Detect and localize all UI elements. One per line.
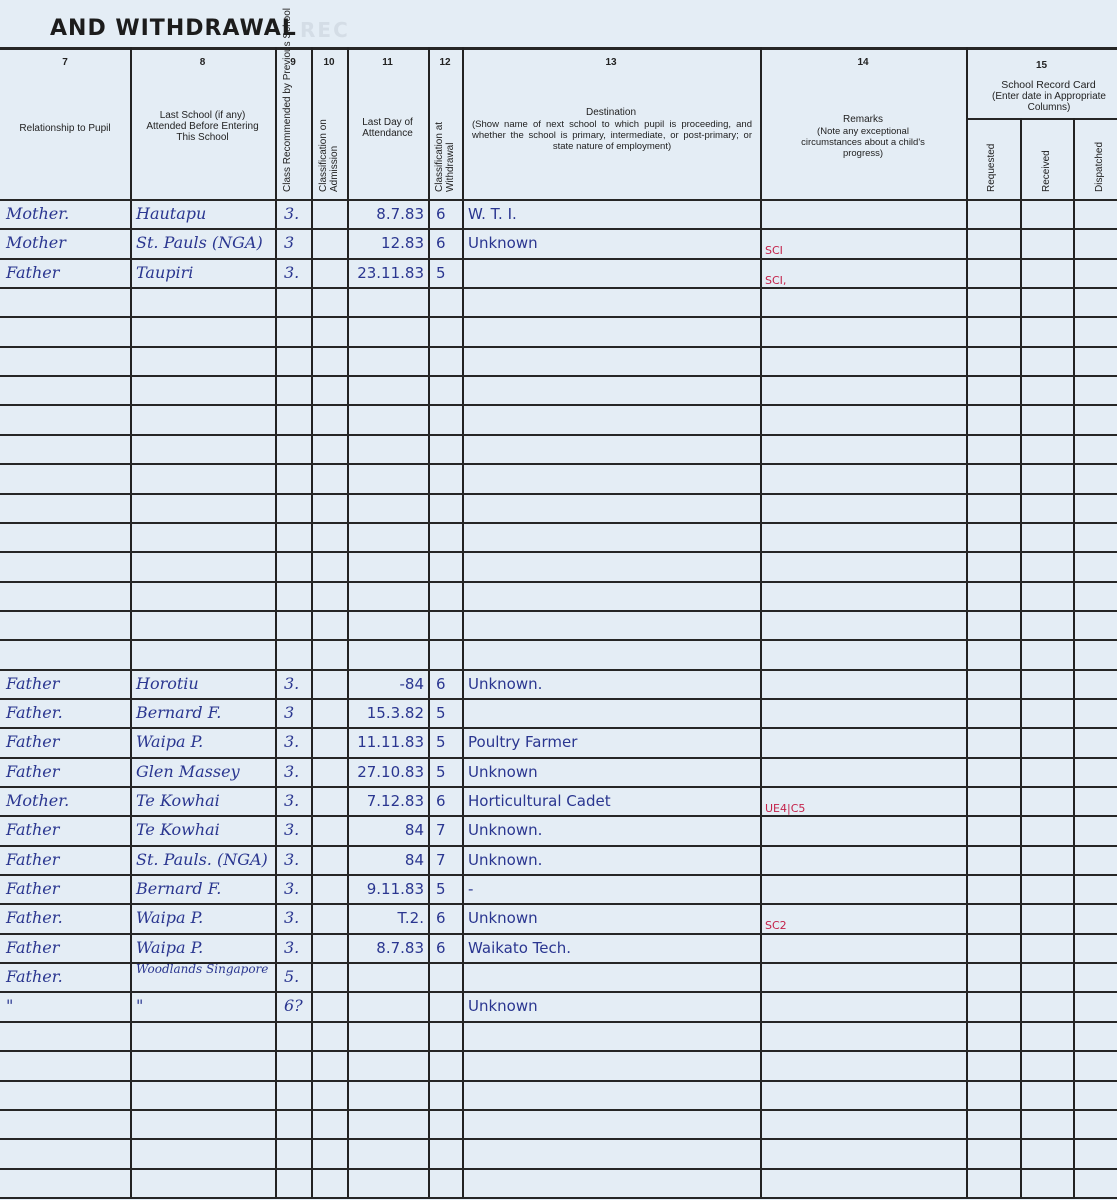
top-rule (0, 47, 1117, 50)
column-divider (1020, 118, 1022, 1198)
cell-class-recommended: 3. (284, 762, 310, 782)
cell-remarks: UE4|C5 (765, 799, 955, 819)
col15-title: School Record Card (980, 80, 1117, 91)
cell-last-school: Te Kowhai (136, 791, 272, 811)
row-divider (0, 1080, 1117, 1082)
row-divider (0, 522, 1117, 524)
cell-last-day: 84 (350, 850, 424, 870)
cell-class-recommended: 6? (284, 996, 310, 1016)
cell-last-school: Taupiri (136, 263, 272, 283)
row-divider (0, 346, 1117, 348)
cell-last-day: 27.10.83 (350, 762, 424, 782)
row-divider (0, 1138, 1117, 1140)
col15-label: (Enter date in Appropriate Columns) (985, 91, 1113, 113)
cell-relationship: Father (6, 879, 126, 899)
row-divider (0, 698, 1117, 700)
cell-destination: Unknown. (468, 820, 758, 840)
cell-class-recommended: 3. (284, 908, 310, 928)
row-divider (0, 551, 1117, 553)
cell-class-recommended: 3. (284, 791, 310, 811)
cell-last-school: Bernard F. (136, 703, 272, 723)
cell-last-school: Waipa P. (136, 938, 272, 958)
cell-last-school: " (136, 996, 272, 1016)
cell-destination: - (468, 879, 758, 899)
cell-classification-withdrawal: 5 (436, 879, 460, 899)
cell-class-recommended: 3 (284, 703, 310, 723)
cell-classification-withdrawal: 6 (436, 938, 460, 958)
cell-class-recommended: 3. (284, 204, 310, 224)
col12-number: 12 (428, 57, 462, 68)
cell-classification-withdrawal: 6 (436, 233, 460, 253)
col8-label: Last School (if any) Attended Before Ent… (145, 110, 260, 143)
cell-destination: Unknown. (468, 674, 758, 694)
row-divider (0, 1109, 1117, 1111)
cell-class-recommended: 3. (284, 674, 310, 694)
col14-title: Remarks (770, 114, 956, 125)
col15-received-label: Received (1041, 122, 1052, 192)
col10-number: 10 (311, 57, 347, 68)
cell-destination: Poultry Farmer (468, 732, 758, 752)
column-divider (1073, 118, 1075, 1198)
cell-classification-withdrawal: 6 (436, 204, 460, 224)
col8-number: 8 (130, 57, 275, 68)
cell-last-school: Hautapu (136, 204, 272, 224)
cell-classification-withdrawal: 7 (436, 850, 460, 870)
row-divider (0, 581, 1117, 583)
cell-last-day: 9.11.83 (350, 879, 424, 899)
col13-label: (Show name of next school to which pupil… (472, 119, 752, 152)
cell-classification-withdrawal: 6 (436, 674, 460, 694)
cell-relationship: Father (6, 820, 126, 840)
cell-last-school: Glen Massey (136, 762, 272, 782)
cell-destination: Unknown (468, 762, 758, 782)
record-table (0, 0, 1117, 1200)
row-divider (0, 463, 1117, 465)
col9-number: 9 (275, 57, 311, 68)
row-divider (0, 434, 1117, 436)
cell-destination: Unknown (468, 908, 758, 928)
row-divider (0, 404, 1117, 406)
row-divider (0, 1168, 1117, 1170)
col7-number: 7 (0, 57, 130, 68)
row-divider (0, 493, 1117, 495)
cell-class-recommended: 3 (284, 233, 310, 253)
row-divider (0, 786, 1117, 788)
cell-classification-withdrawal: 6 (436, 908, 460, 928)
col15-dispatched-label: Dispatched (1094, 122, 1105, 192)
cell-relationship: Father. (6, 908, 126, 928)
row-divider (0, 375, 1117, 377)
row-divider (0, 845, 1117, 847)
cell-last-day: -84 (350, 674, 424, 694)
cell-last-school: Te Kowhai (136, 820, 272, 840)
cell-remarks: SCI, (765, 271, 955, 291)
col13-number: 13 (462, 57, 760, 68)
cell-last-day: 23.11.83 (350, 263, 424, 283)
cell-last-day: 11.11.83 (350, 732, 424, 752)
cell-last-school: Waipa P. (136, 732, 272, 752)
column-divider (311, 47, 313, 1198)
cell-last-day: T.2. (350, 908, 424, 928)
col7-label: Relationship to Pupil (10, 123, 120, 134)
row-divider (0, 1197, 1117, 1199)
col15-number: 15 (966, 60, 1117, 71)
cell-destination: Unknown (468, 996, 758, 1016)
column-divider (130, 47, 132, 1198)
cell-destination: Waikato Tech. (468, 938, 758, 958)
cell-class-recommended: 5. (284, 967, 310, 987)
row-divider (0, 874, 1117, 876)
column-divider (275, 47, 277, 1198)
col14-label: (Note any exceptional circumstances abou… (790, 126, 936, 159)
cell-last-day: 15.3.82 (350, 703, 424, 723)
row-divider (0, 757, 1117, 759)
cell-destination: Unknown (468, 233, 758, 253)
col9-label: Class Recommended by Previous School (282, 77, 293, 192)
row-divider (0, 639, 1117, 641)
cell-last-school: Bernard F. (136, 879, 272, 899)
cell-classification-withdrawal: 6 (436, 791, 460, 811)
col15-requested-label: Requested (986, 122, 997, 192)
row-divider (0, 199, 1117, 201)
cell-destination: Unknown. (468, 850, 758, 870)
cell-last-school: St. Pauls. (NGA) (136, 850, 272, 870)
col15-divider (966, 118, 1117, 120)
cell-last-school: Waipa P. (136, 908, 272, 928)
cell-class-recommended: 3. (284, 850, 310, 870)
cell-class-recommended: 3. (284, 732, 310, 752)
row-divider (0, 316, 1117, 318)
cell-relationship: Father. (6, 703, 126, 723)
col11-number: 11 (347, 57, 428, 68)
cell-classification-withdrawal: 5 (436, 263, 460, 283)
col14-number: 14 (760, 57, 966, 68)
col10-label: Classification on Admission (318, 112, 340, 192)
cell-last-day: 12.83 (350, 233, 424, 253)
cell-remarks: SC2 (765, 916, 955, 936)
column-divider (966, 47, 968, 1198)
cell-class-recommended: 3. (284, 879, 310, 899)
cell-destination: W. T. I. (468, 204, 758, 224)
row-divider (0, 228, 1117, 230)
cell-class-recommended: 3. (284, 938, 310, 958)
cell-relationship: Mother. (6, 791, 126, 811)
col12-label: Classification at Withdrawal (434, 112, 456, 192)
cell-relationship: Father. (6, 967, 126, 987)
cell-last-school: St. Pauls (NGA) (136, 233, 272, 253)
col13-title: Destination (470, 107, 752, 118)
cell-last-day: 8.7.83 (350, 204, 424, 224)
column-divider (462, 47, 464, 1198)
cell-last-day: 84 (350, 820, 424, 840)
cell-relationship: Mother (6, 233, 126, 253)
cell-relationship: Father (6, 850, 126, 870)
cell-destination: Horticultural Cadet (468, 791, 758, 811)
cell-relationship: Father (6, 263, 126, 283)
row-divider (0, 991, 1117, 993)
column-divider (347, 47, 349, 1198)
cell-relationship: Father (6, 762, 126, 782)
cell-relationship: Mother. (6, 204, 126, 224)
cell-relationship: Father (6, 732, 126, 752)
cell-classification-withdrawal: 5 (436, 703, 460, 723)
row-divider (0, 1050, 1117, 1052)
row-divider (0, 727, 1117, 729)
row-divider (0, 1021, 1117, 1023)
cell-last-day: 8.7.83 (350, 938, 424, 958)
row-divider (0, 669, 1117, 671)
cell-class-recommended: 3. (284, 820, 310, 840)
cell-relationship: Father (6, 938, 126, 958)
cell-classification-withdrawal: 7 (436, 820, 460, 840)
cell-relationship: Father (6, 674, 126, 694)
row-divider (0, 610, 1117, 612)
cell-classification-withdrawal: 5 (436, 762, 460, 782)
cell-last-school: Woodlands Singapore (136, 963, 272, 975)
cell-relationship: " (6, 996, 126, 1016)
cell-classification-withdrawal: 5 (436, 732, 460, 752)
cell-class-recommended: 3. (284, 263, 310, 283)
cell-last-day: 7.12.83 (350, 791, 424, 811)
row-divider (0, 903, 1117, 905)
column-divider (760, 47, 762, 1198)
cell-last-school: Horotiu (136, 674, 272, 694)
column-divider (428, 47, 430, 1198)
col11-label: Last Day of Attendance (355, 117, 420, 139)
cell-remarks: SCI (765, 241, 955, 261)
